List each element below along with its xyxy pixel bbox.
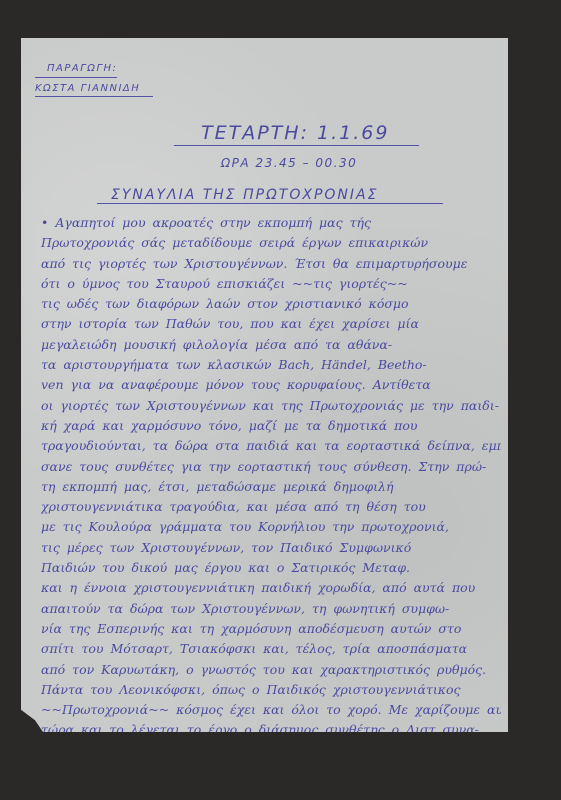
body-line: ven για να αναφέρουμε μόνον τους κορυφαί… <box>41 375 501 395</box>
body-line: τη εκπομπή μας, έτσι, μεταδώσαμε μερικά … <box>41 477 501 497</box>
body-line: • Αγαπητοί μου ακροατές στην εκπομπή μας… <box>41 213 501 233</box>
body-line: σανε τους συνθέτες για την εορταστική το… <box>41 457 501 477</box>
body-line: τραγουδιούνται, τα δώρα στα παιδιά και τ… <box>41 436 501 456</box>
title-underline <box>97 203 443 204</box>
manuscript-page: ΠΑΡΑΓΩΓΗ: ΚΩΣΤΑ ΓΙΑΝΝΙΔΗ ΤΕΤΑΡΤΗ: 1.1.69… <box>21 38 508 732</box>
body-line: χριστουγεννιάτικα τραγούδια, και μέσα απ… <box>41 497 501 517</box>
body-line: γιορτάζει, όπως τώρα της μικρής Κλάρας, … <box>41 761 501 781</box>
producer-name: ΚΩΣΤΑ ΓΙΑΝΝΙΔΗ <box>35 83 140 94</box>
body-line: τις ωδές των διαφόρων λαών στον χριστιαν… <box>41 294 501 314</box>
body-line: τα αριστουργήματα των κλασικών Bach, Hän… <box>41 355 501 375</box>
broadcast-time: ΩΡΑ 23.45 – 00.30 <box>221 156 357 170</box>
date-underline <box>174 145 419 146</box>
body-line: από τον Καρυωτάκη, ο γνωστός του και χαρ… <box>41 660 501 680</box>
body-line: κή χαρά και χαρμόσυνο τόνο, μαζί με τα δ… <box>41 416 501 436</box>
body-line: τις μέρες των Χριστουγέννων, τον Παιδικό… <box>41 538 501 558</box>
body-line: οι γιορτές των Χριστουγέννων και της Πρω… <box>41 396 501 416</box>
production-underline <box>35 77 117 78</box>
body-line: ότι ο ύμνος του Σταυρού επισκιάζει ~~τις… <box>41 274 501 294</box>
body-line: Πάντα του Λεονικόφσκι, όπως ο Παιδικός χ… <box>41 680 501 700</box>
manuscript-body: • Αγαπητοί μου ακροατές στην εκπομπή μας… <box>41 213 501 800</box>
body-line: με τις Κουλούρα γράμματα του Κορνήλιου τ… <box>41 517 501 537</box>
producer-underline <box>35 96 153 97</box>
program-title: ΣΥΝΑΥΛΙΑ ΤΗΣ ΠΡΩΤΟΧΡΟΝΙΑΣ <box>111 187 378 203</box>
body-line: ~~Πρωτοχρονιά~~ κόσμος έχει και όλοι το … <box>41 700 501 720</box>
production-label: ΠΑΡΑΓΩΓΗ: <box>47 63 117 74</box>
body-line: μεγαλειώδη μουσική φιλολογία μέσα από τα… <box>41 335 501 355</box>
body-line: από τις γιορτές των Χριστουγέννων. Έτσι … <box>41 254 501 274</box>
body-line: απαιτούν τα δώρα των Χριστουγέννων, τη φ… <box>41 599 501 619</box>
body-line: και η έννοια χριστουγεννιάτικη παιδική χ… <box>41 578 501 598</box>
body-line: ντά με τον Σωτήριο Πήλια για χριστουγενν… <box>41 741 501 761</box>
body-line: Πρωτοχρονιάς σάς μεταδίδουμε σειρά έργων… <box>41 233 501 253</box>
body-line: νία της Εσπερινής και τη χαρμόσυνη αποδέ… <box>41 619 501 639</box>
body-line: Παιδιών του δικού μας έργου και ο Σατιρι… <box>41 558 501 578</box>
body-line: γαλήνια εικόνα όπως των παιδικών ονείρων… <box>41 781 501 800</box>
body-line: στην ιστορία των Παθών του, που και έχει… <box>41 314 501 334</box>
broadcast-date: ΤΕΤΑΡΤΗ: 1.1.69 <box>201 122 389 144</box>
body-line: σπίτι του Μότσαρτ, Τσιακόφσκι και, τέλος… <box>41 639 501 659</box>
body-line: τώρα και το λέγεται το έργο ο διάσημος σ… <box>41 720 501 740</box>
